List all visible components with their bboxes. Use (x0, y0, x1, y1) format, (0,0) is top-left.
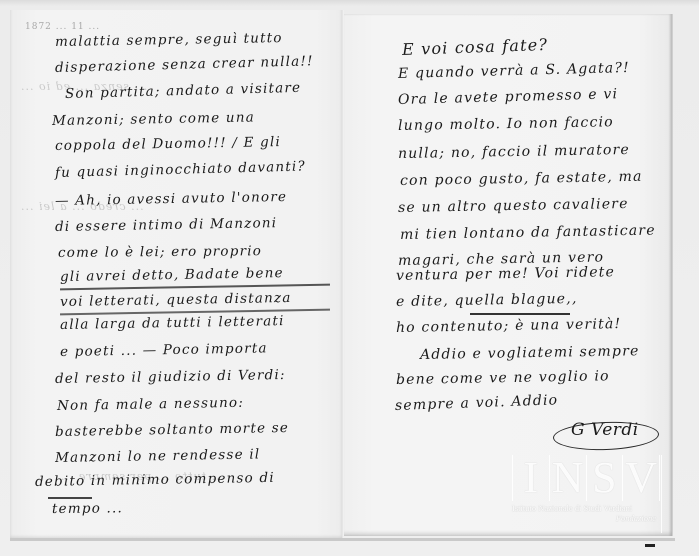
page-fold (342, 10, 344, 540)
signature: G Verdi (553, 418, 673, 452)
watermark-letter: N (550, 455, 587, 501)
signature-text: G Verdi (571, 420, 639, 440)
scan-registration-mark (645, 544, 655, 547)
watermark-divider (661, 455, 662, 533)
page-bottom-edge (10, 538, 675, 541)
insv-watermark: I N S V Istituto Nazionale di Studi Verd… (512, 455, 660, 535)
handwritten-line: tempo ... (52, 500, 123, 517)
document-scan: 1872 ... 11 ... ... senza ... ed io ... … (0, 0, 699, 556)
underline-mark (48, 497, 92, 499)
watermark-letter: S (587, 455, 624, 501)
watermark-institution: Istituto Nazionale di Studi Verdiani (512, 503, 660, 513)
handwritten-line: come lo è lei; ero proprio (58, 243, 262, 261)
handwritten-line: e dite, quella blague,, (396, 291, 578, 310)
archival-margin-note: 1872 ... 11 ... (25, 22, 100, 32)
handwritten-line: Non fa male a nessuno: (57, 395, 244, 414)
watermark-subtitle: Fondazione (512, 513, 660, 523)
underline-mark (470, 313, 570, 315)
watermark-letters: I N S V (512, 455, 660, 501)
watermark-letter: I (513, 455, 550, 501)
watermark-letter: V (623, 455, 660, 501)
